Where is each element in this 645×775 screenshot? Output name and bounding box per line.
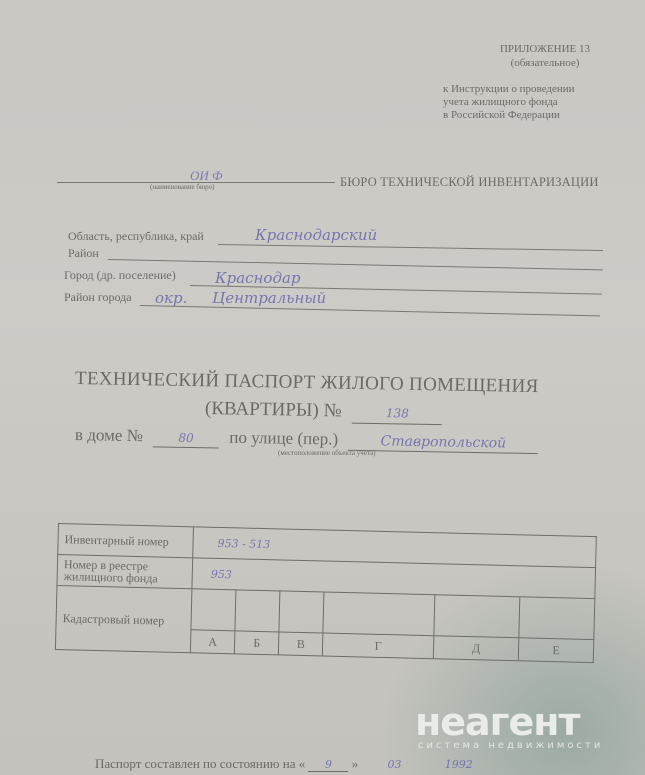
appendix-subtitle: (обязательное): [470, 56, 620, 70]
apartment-number: 138: [386, 406, 409, 420]
cadastral-cell: [191, 589, 236, 631]
field-value-region: Краснодарский: [255, 226, 377, 244]
instruction-reference: к Инструкции о проведении учета жилищног…: [443, 83, 575, 122]
cadastral-cell: [235, 590, 280, 632]
house-number: 80: [178, 431, 194, 445]
apartment-label: (КВАРТИРЫ) №: [205, 398, 342, 421]
field-label-district: Район: [68, 246, 99, 261]
cadastral-letter: Б: [234, 631, 279, 655]
compiled-date-line: Паспорт составлен по состоянию на « 9 » …: [95, 756, 473, 772]
row-label: Инвентарный номер: [58, 524, 194, 558]
appendix-title: ПРИЛОЖЕНИЕ 13: [470, 42, 620, 56]
field-label-city: Город (др. поселение): [64, 268, 176, 283]
field-line-district: [108, 259, 603, 270]
location-caption: (местоположение объекта учета): [278, 449, 375, 457]
registry-number: 953: [211, 567, 232, 581]
cadastral-letter: Д: [433, 636, 519, 661]
cadastral-cell: [434, 595, 520, 638]
field-label-region: Область, республика, край: [68, 229, 204, 244]
cadastral-cell: [323, 592, 435, 636]
cadastral-cell: [279, 591, 324, 633]
bureau-caption: (наименование бюро): [150, 183, 215, 191]
field-value-city: Краснодар: [215, 269, 301, 287]
cadastral-cell: [519, 597, 595, 640]
cadastral-letter: Г: [323, 633, 434, 659]
cadastral-letter: В: [279, 632, 324, 656]
row-label: Номер в реестре жилищного фонда: [57, 555, 193, 589]
appendix-header: ПРИЛОЖЕНИЕ 13 (обязательное): [470, 42, 620, 70]
passport-subtitle: (КВАРТИРЫ) № 138: [205, 398, 443, 425]
instruction-line: к Инструкции о проведении: [443, 83, 575, 96]
house-label: в доме №: [75, 425, 143, 445]
compiled-month: 03: [387, 758, 401, 771]
cadastral-letter: А: [190, 630, 235, 654]
instruction-line: в Российской Федерации: [443, 109, 575, 122]
instruction-line: учета жилищного фонда: [443, 96, 575, 109]
compiled-day: 9: [308, 758, 348, 772]
field-value-city-district: окр. Центральный: [155, 289, 326, 307]
passport-title: ТЕХНИЧЕСКИЙ ПАСПОРТ ЖИЛОГО ПОМЕЩЕНИЯ: [75, 368, 539, 398]
street-label: по улице (пер.): [229, 428, 338, 449]
field-line-region: [218, 244, 603, 251]
inventory-number: 953 - 513: [217, 536, 270, 550]
watermark-tagline: система недвижимости: [418, 740, 603, 751]
cadastral-letter: Е: [518, 638, 593, 663]
registry-table: Инвентарный номер 953 - 513 Номер в реес…: [55, 523, 597, 663]
watermark-logo: неагент: [415, 700, 580, 744]
field-label-city-district: Район города: [64, 290, 132, 305]
compiled-year: 1992: [445, 758, 473, 771]
compiled-date-label: Паспорт составлен по состоянию на «: [95, 756, 305, 771]
street-value: Ставропольской: [380, 433, 506, 451]
bureau-title: БЮРО ТЕХНИЧЕСКОЙ ИНВЕНТАРИЗАЦИИ: [340, 175, 599, 190]
row-label: Кадастровый номер: [55, 585, 192, 652]
